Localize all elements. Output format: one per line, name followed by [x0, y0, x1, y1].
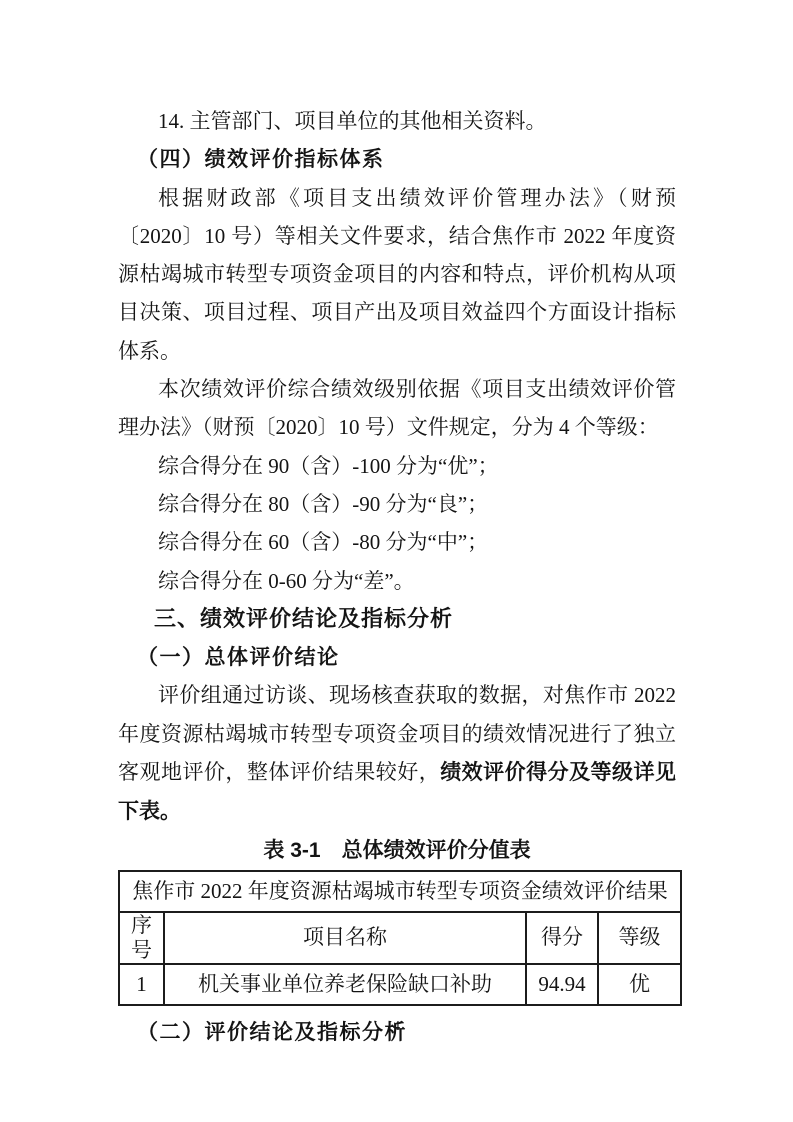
cell-project-name: 机关事业单位养老保险缺口补助 — [164, 964, 526, 1005]
paragraph-grade-intro: 本次绩效评价综合绩效级别依据《项目支出绩效评价管理办法》（财预〔2020〕10 … — [118, 370, 676, 447]
column-header-index: 序号 — [119, 912, 164, 964]
column-header-project-name: 项目名称 — [164, 912, 526, 964]
table-caption: 表 3-1 总体绩效评价分值表 — [118, 832, 676, 870]
grade-line-medium: 综合得分在 60（含）-80 分为“中”； — [118, 523, 676, 561]
chapter-heading-3: 三、绩效评价结论及指标分析 — [118, 600, 676, 638]
document-page: 14. 主管部门、项目单位的其他相关资料。 （四）绩效评价指标体系 根据财政部《… — [0, 0, 793, 1122]
score-table: 焦作市 2022 年度资源枯竭城市转型专项资金绩效评价结果 序号 项目名称 得分… — [118, 870, 682, 1006]
section-heading-4: （四）绩效评价指标体系 — [118, 140, 676, 178]
table-column-header-row: 序号 项目名称 得分 等级 — [119, 912, 681, 964]
cell-score: 94.94 — [526, 964, 598, 1005]
table-merged-header: 焦作市 2022 年度资源枯竭城市转型专项资金绩效评价结果 — [119, 871, 681, 912]
grade-line-poor: 综合得分在 0-60 分为“差”。 — [118, 562, 676, 600]
paragraph-basis: 根据财政部《项目支出绩效评价管理办法》（财预〔2020〕10 号）等相关文件要求… — [118, 179, 676, 370]
column-header-score: 得分 — [526, 912, 598, 964]
paragraph-overall-conclusion: 评价组通过访谈、现场核查获取的数据，对焦作市 2022 年度资源枯竭城市转型专项… — [118, 676, 676, 831]
table-merged-header-row: 焦作市 2022 年度资源枯竭城市转型专项资金绩效评价结果 — [119, 871, 681, 912]
column-header-grade: 等级 — [598, 912, 681, 964]
table-row: 1 机关事业单位养老保险缺口补助 94.94 优 — [119, 964, 681, 1005]
grade-line-excellent: 综合得分在 90（含）-100 分为“优”； — [118, 447, 676, 485]
page-number: 4 — [0, 1019, 793, 1035]
page-content: 14. 主管部门、项目单位的其他相关资料。 （四）绩效评价指标体系 根据财政部《… — [118, 102, 676, 1051]
grade-line-good: 综合得分在 80（含）-90 分为“良”； — [118, 485, 676, 523]
section-heading-3-1: （一）总体评价结论 — [118, 638, 676, 676]
cell-grade: 优 — [598, 964, 681, 1005]
cell-index: 1 — [119, 964, 164, 1005]
paragraph-item-14: 14. 主管部门、项目单位的其他相关资料。 — [118, 102, 676, 140]
